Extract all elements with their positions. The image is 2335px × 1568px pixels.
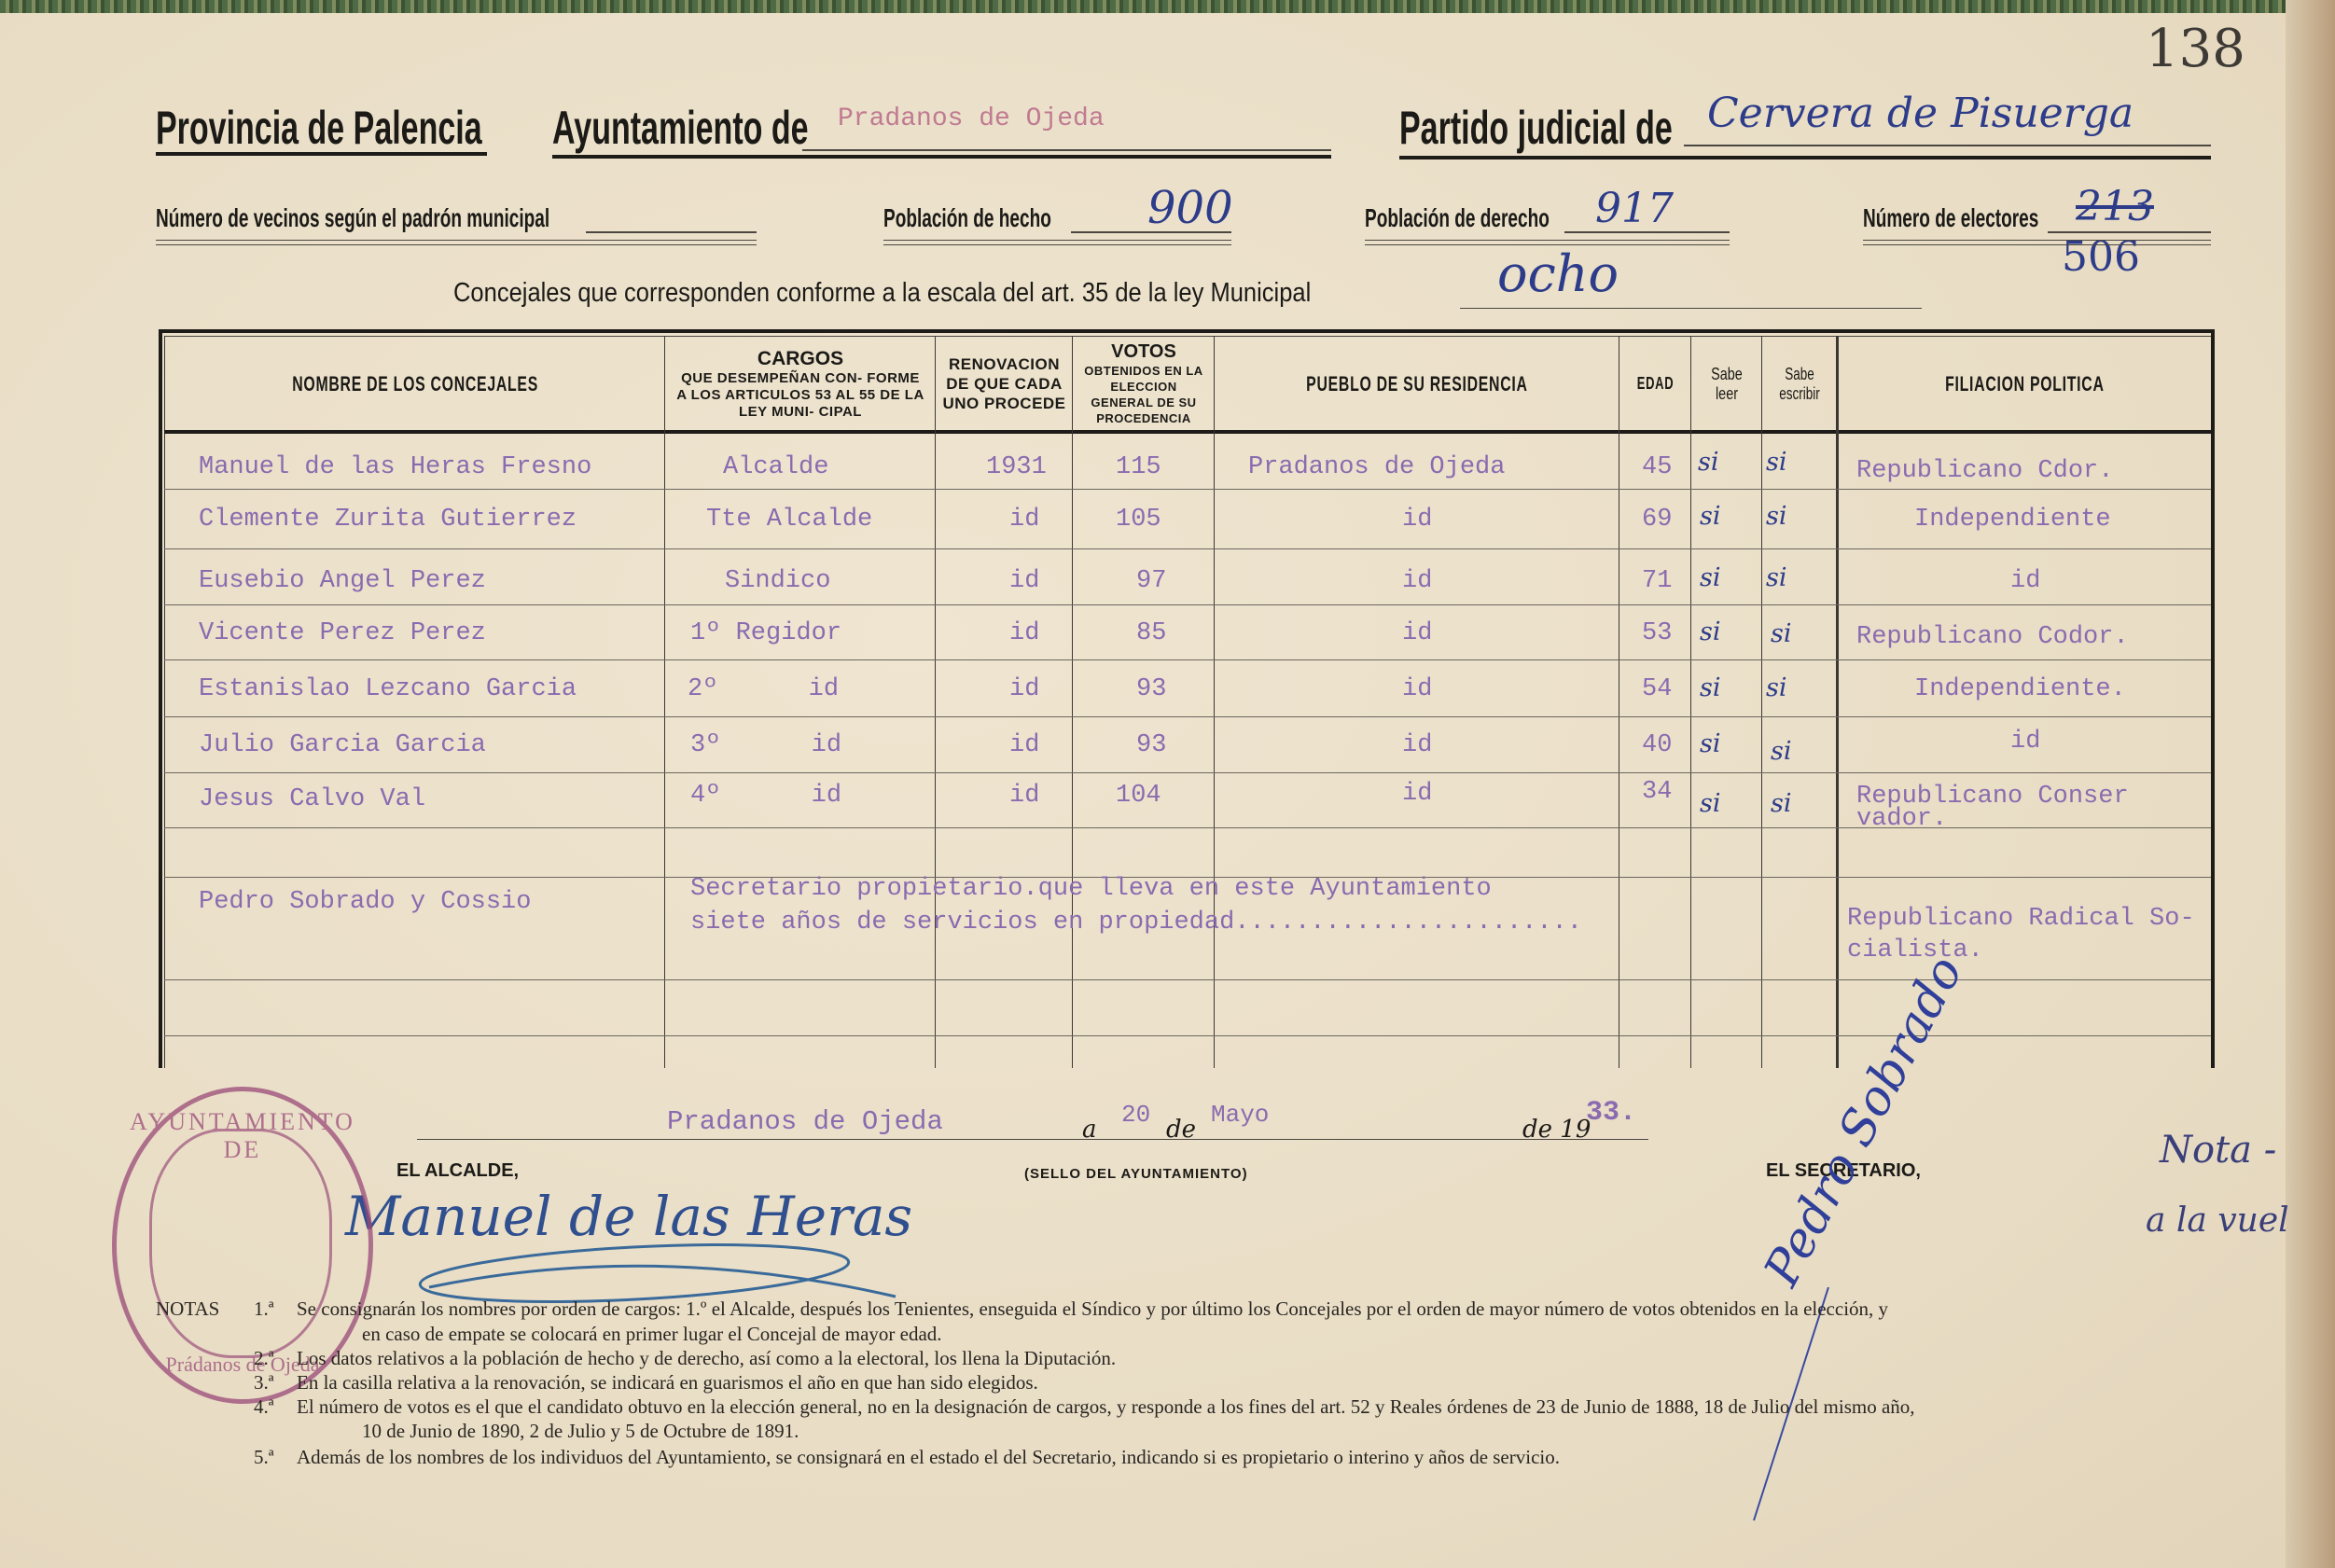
header-votos-title: VOTOS — [1111, 341, 1176, 363]
vecinos-label: Número de vecinos según el padrón munici… — [156, 203, 549, 233]
cell-pueblo: id — [1402, 731, 1432, 759]
provincia-underline — [156, 152, 487, 156]
cell-filiacion: Republicano Codor. — [1856, 623, 2129, 651]
header-edad: EDAD — [1620, 338, 1690, 430]
cell-votos: 85 — [1136, 619, 1166, 647]
vecinos-double-a — [156, 240, 757, 241]
header-nombre-text: NOMBRE DE LOS CONCEJALES — [292, 372, 538, 396]
cell-renovacion: id — [1009, 731, 1039, 759]
partido-label: Partido judicial de — [1399, 101, 1673, 155]
alcalde-label: EL ALCALDE, — [396, 1160, 519, 1182]
cell-leer: si — [1698, 448, 1719, 477]
header-sabe-leer-text: Sabe leer — [1708, 365, 1745, 404]
cell-filiacion: Independiente — [1914, 506, 2111, 534]
row-line — [164, 716, 2211, 717]
cell-filiacion: id — [2010, 728, 2040, 756]
cell-edad: 54 — [1642, 675, 1672, 703]
col-divider — [1619, 336, 1619, 1068]
note-text: 10 de Junio de 1890, 2 de Julio y 5 de O… — [362, 1420, 799, 1443]
cell-pueblo: id — [1402, 675, 1432, 703]
footer-year-suffix: 33. — [1586, 1097, 1636, 1129]
cell-votos: 93 — [1136, 731, 1166, 759]
row-line — [164, 604, 2211, 605]
table-top-border — [159, 329, 2213, 333]
hecho-double-b — [883, 244, 1231, 245]
secretario-filiacion-line1: Republicano Radical So- — [1847, 905, 2195, 933]
secretario-desc-line1: Secretario propietario.que lleva en este… — [690, 875, 1492, 903]
table-left-border — [159, 329, 162, 1068]
derecho-double-a — [1365, 240, 1730, 241]
note-number: 5.ª — [254, 1446, 274, 1469]
poblacion-hecho-label: Población de hecho — [883, 203, 1051, 233]
sello-label: (SELLO DEL AYUNTAMIENTO) — [1024, 1166, 1248, 1182]
cell-escribir: si — [1766, 448, 1787, 477]
cell-cargo: 3º id — [690, 731, 841, 759]
cell-escribir: si — [1771, 619, 1792, 648]
cell-nombre: Vicente Perez Perez — [199, 619, 486, 647]
row-line — [164, 548, 2211, 549]
cell-cargo: Sindico — [725, 567, 830, 595]
cell-nombre: Clemente Zurita Gutierrez — [199, 506, 577, 534]
header-votos: VOTOS OBTENIDOS EN LA ELECCION GENERAL D… — [1074, 338, 1214, 430]
row-line — [164, 979, 2211, 980]
footer-day: 20 — [1121, 1101, 1150, 1129]
cell-votos: 93 — [1136, 675, 1166, 703]
poblacion-derecho-line — [1564, 231, 1730, 233]
cell-edad: 69 — [1642, 506, 1672, 534]
poblacion-hecho-line — [1071, 231, 1231, 233]
header-pueblo: PUEBLO DE SU RESIDENCIA — [1216, 338, 1619, 430]
vecinos-double-b — [156, 244, 757, 245]
table-right-border — [2211, 329, 2215, 1068]
cell-cargo: 4º id — [690, 782, 841, 810]
header-edad-text: EDAD — [1637, 374, 1675, 394]
cell-nombre: Jesus Calvo Val — [199, 785, 425, 813]
cell-leer: si — [1700, 673, 1721, 702]
stamp-text-top: AYUNTAMIENTO DE — [126, 1108, 359, 1164]
footer-month: Mayo — [1211, 1101, 1269, 1129]
vecinos-line — [586, 231, 757, 233]
ayuntamiento-underline — [552, 155, 1331, 159]
cell-escribir: si — [1771, 789, 1792, 818]
cell-escribir: si — [1771, 737, 1792, 766]
col-divider — [1761, 336, 1762, 1068]
cell-renovacion: id — [1009, 782, 1039, 810]
concejales-line — [1460, 308, 1922, 309]
electores-double-b — [1863, 244, 2211, 245]
poblacion-derecho-value: 917 — [1595, 185, 1674, 232]
col-divider — [1690, 336, 1691, 1068]
cell-leer: si — [1700, 563, 1721, 592]
row-line — [164, 659, 2211, 660]
margin-note-line2: a la vuel — [2146, 1201, 2289, 1240]
partido-underline — [1399, 156, 2211, 160]
col-divider — [935, 336, 936, 1068]
cell-leer: si — [1700, 617, 1721, 646]
header-cargos-title: CARGOS — [757, 348, 843, 370]
cell-filiacion: Republicano Cdor. — [1856, 457, 2113, 485]
cell-nombre: Manuel de las Heras Fresno — [199, 453, 591, 481]
cell-votos: 104 — [1116, 782, 1161, 810]
concejales-label: Concejales que corresponden conforme a l… — [453, 278, 1311, 309]
cell-pueblo: id — [1402, 619, 1432, 647]
row-line — [164, 489, 2211, 490]
hecho-double-a — [883, 240, 1231, 241]
partido-line — [1684, 145, 2211, 146]
electores-double-a — [1863, 240, 2211, 241]
cell-leer: si — [1700, 502, 1721, 531]
cell-leer: si — [1700, 789, 1721, 818]
cell-edad: 71 — [1642, 567, 1672, 595]
header-nombre: NOMBRE DE LOS CONCEJALES — [166, 338, 664, 430]
partido-value: Cervera de Pisuerga — [1707, 90, 2133, 137]
note-text: Los datos relativos a la población de he… — [297, 1347, 1116, 1370]
footer-place: Pradanos de Ojeda — [667, 1106, 943, 1137]
cell-nombre: Estanislao Lezcano Garcia — [199, 675, 577, 703]
header-bottom-border — [164, 430, 2211, 434]
note-text: En la casilla relativa a la renovación, … — [297, 1371, 1038, 1395]
cell-pueblo: Pradanos de Ojeda — [1248, 453, 1505, 481]
poblacion-hecho-value: 900 — [1147, 182, 1233, 234]
cell-cargo: Alcalde — [723, 453, 828, 481]
header-renovacion-text: RENOVACION DE QUE CADA UNO PROCEDE — [939, 354, 1070, 413]
provincia-label: Provincia de Palencia — [156, 101, 482, 155]
page-number: 138 — [2146, 19, 2245, 79]
table-left-inner — [164, 336, 165, 1068]
book-binding — [2286, 0, 2335, 1568]
cell-votos: 115 — [1116, 453, 1161, 481]
header-filiacion-text: FILIACION POLITICA — [1945, 372, 2104, 396]
cell-renovacion: 1931 — [986, 453, 1047, 481]
cell-nombre: Julio Garcia Garcia — [199, 731, 486, 759]
secretario-desc-line2: siete años de servicios en propiedad....… — [690, 909, 1582, 937]
cell-leer: si — [1700, 729, 1721, 758]
cell-renovacion: id — [1009, 675, 1039, 703]
notes-label: NOTAS — [156, 1297, 219, 1321]
header-filiacion: FILIACION POLITICA — [1839, 338, 2211, 430]
electores-label: Número de electores — [1863, 203, 2038, 233]
ayuntamiento-value: Pradanos de Ojeda — [838, 104, 1105, 133]
cell-renovacion: id — [1009, 506, 1039, 534]
ayuntamiento-line — [802, 149, 1331, 151]
header-renovacion: RENOVACION DE QUE CADA UNO PROCEDE — [937, 338, 1072, 430]
cell-filiacion: id — [2010, 567, 2040, 595]
cell-edad: 40 — [1642, 731, 1672, 759]
cell-escribir: si — [1766, 673, 1787, 702]
note-text: El número de votos es el que el candidat… — [297, 1395, 1915, 1419]
header-sabe-leer: Sabe leer — [1692, 338, 1761, 430]
cell-cargo: 2º id — [688, 675, 839, 703]
electores-struck-value: 213 — [2076, 183, 2154, 230]
cell-renovacion: id — [1009, 567, 1039, 595]
cell-votos: 97 — [1136, 567, 1166, 595]
header-pueblo-text: PUEBLO DE SU RESIDENCIA — [1306, 372, 1527, 396]
secretario-nombre: Pedro Sobrado y Cossio — [199, 888, 531, 916]
note-number: 1.ª — [254, 1297, 274, 1321]
col-divider — [1214, 336, 1215, 1068]
secretario-filiacion-line2: cialista. — [1847, 937, 1983, 964]
concejales-value: ocho — [1497, 244, 1619, 303]
margin-note-line1: Nota - — [2160, 1129, 2276, 1172]
cell-filiacion: Independiente. — [1914, 675, 2126, 703]
row-line — [164, 772, 2211, 773]
cell-pueblo: id — [1402, 567, 1432, 595]
col-divider — [1836, 336, 1839, 1068]
cell-edad: 45 — [1642, 453, 1672, 481]
date-line — [417, 1139, 1648, 1140]
col-divider — [1072, 336, 1073, 1068]
cell-nombre: Eusebio Angel Perez — [199, 567, 486, 595]
header-sabe-escribir: Sabe escribir — [1763, 338, 1836, 430]
poblacion-derecho-label: Población de derecho — [1365, 203, 1550, 233]
table-top-inner — [164, 336, 2213, 337]
header-cargos: CARGOS QUE DESEMPEÑAN CON- FORME A LOS A… — [666, 338, 935, 430]
note-text: Se consignarán los nombres por orden de … — [297, 1297, 1888, 1321]
cell-escribir: si — [1766, 563, 1787, 592]
cell-cargo: 1º Regidor — [690, 619, 841, 647]
note-text: en caso de empate se colocará en primer … — [362, 1323, 942, 1346]
cell-filiacion: Republicano Conser vador. — [1856, 785, 2202, 830]
cell-escribir: si — [1766, 502, 1787, 531]
cell-edad: 53 — [1642, 619, 1672, 647]
header-sabe-escribir-text: Sabe escribir — [1779, 365, 1821, 404]
cell-renovacion: id — [1009, 619, 1039, 647]
header-cargos-sub: QUE DESEMPEÑAN CON- FORME A LOS ARTICULO… — [674, 370, 926, 421]
note-number: 4.ª — [254, 1395, 274, 1419]
note-text: Además de los nombres de los individuos … — [297, 1446, 1560, 1469]
cell-votos: 105 — [1116, 506, 1161, 534]
col-divider — [664, 336, 665, 1068]
note-number: 3.ª — [254, 1371, 274, 1395]
cell-pueblo: id — [1402, 780, 1432, 808]
cell-cargo: Tte Alcalde — [706, 506, 872, 534]
cell-edad: 34 — [1642, 778, 1672, 806]
ayuntamiento-label: Ayuntamiento de — [552, 101, 809, 155]
header-votos-sub: OBTENIDOS EN LA ELECCION GENERAL DE SU P… — [1078, 363, 1209, 426]
electores-line — [2048, 231, 2211, 233]
cell-pueblo: id — [1402, 506, 1432, 534]
note-number: 2.ª — [254, 1347, 274, 1370]
